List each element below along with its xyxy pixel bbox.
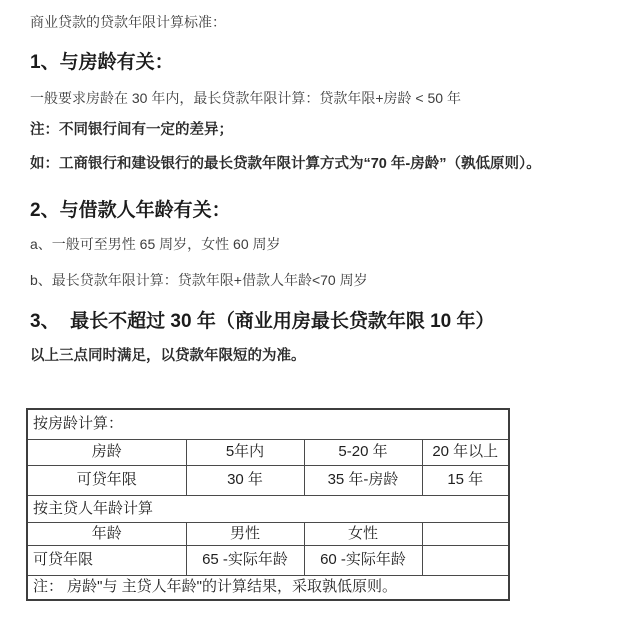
house-age-section-title: 按房龄计算： <box>27 409 509 440</box>
section1-rule: 一般要求房龄在 30 年内，最长贷款年限计算：贷款年限+房龄 < 50 年 <box>30 89 597 108</box>
house-age-value-range1: 30 年 <box>186 466 304 496</box>
section2-item-a: a、一般可至男性 65 周岁，女性 60 周岁 <box>30 235 597 254</box>
table-row-house-age-values: 可贷年限 30 年 35 年-房龄 15 年 <box>27 466 509 496</box>
house-age-value-label: 可贷年限 <box>27 466 186 496</box>
section2-heading: 2、与借款人年龄有关： <box>30 198 597 224</box>
table-row-house-age-title: 按房龄计算： <box>27 409 509 440</box>
conclusion-line: 以上三点同时满足，以贷款年限短的为准。 <box>30 347 597 366</box>
house-age-header-range3: 20 年以上 <box>422 440 509 466</box>
borrower-age-value-empty <box>422 546 509 576</box>
borrower-age-header-label: 年龄 <box>27 523 186 546</box>
house-age-header-range2: 5-20 年 <box>304 440 422 466</box>
section1-example: 如：工商银行和建设银行的最长贷款年限计算方式为“70 年-房龄”（孰低原则）。 <box>30 155 597 174</box>
document-page: 商业贷款的贷款年限计算标准： 1、与房龄有关： 一般要求房龄在 30 年内，最长… <box>0 0 617 624</box>
borrower-age-header-male: 男性 <box>186 523 304 546</box>
table-row-borrower-age-header: 年龄 男性 女性 <box>27 523 509 546</box>
section3-heading: 3、 最长不超过 30 年（商业用房最长贷款年限 10 年） <box>30 309 597 335</box>
table-row-house-age-header: 房龄 5年内 5-20 年 20 年以上 <box>27 440 509 466</box>
borrower-age-value-male: 65 -实际年龄 <box>186 546 304 576</box>
loan-term-table: 按房龄计算： 房龄 5年内 5-20 年 20 年以上 可贷年限 30 年 35… <box>26 408 510 601</box>
house-age-header-label: 房龄 <box>27 440 186 466</box>
house-age-value-range2: 35 年-房龄 <box>304 466 422 496</box>
table-row-note: 注： 房龄"与 主贷人年龄"的计算结果，采取孰低原则。 <box>27 576 509 601</box>
section1-note: 注：不同银行间有一定的差异； <box>30 121 597 140</box>
table-row-borrower-age-values: 可贷年限 65 -实际年龄 60 -实际年龄 <box>27 546 509 576</box>
borrower-age-value-female: 60 -实际年龄 <box>304 546 422 576</box>
borrower-age-value-label: 可贷年限 <box>27 546 186 576</box>
table-note: 注： 房龄"与 主贷人年龄"的计算结果，采取孰低原则。 <box>27 576 509 601</box>
house-age-header-range1: 5年内 <box>186 440 304 466</box>
borrower-age-header-empty <box>422 523 509 546</box>
section2-item-b: b、最长贷款年限计算：贷款年限+借款人年龄<70 周岁 <box>30 271 597 290</box>
borrower-age-section-title: 按主贷人年龄计算 <box>27 496 509 523</box>
house-age-value-range3: 15 年 <box>422 466 509 496</box>
table-row-borrower-age-title: 按主贷人年龄计算 <box>27 496 509 523</box>
intro-line: 商业贷款的贷款年限计算标准： <box>30 13 597 32</box>
borrower-age-header-female: 女性 <box>304 523 422 546</box>
section1-heading: 1、与房龄有关： <box>30 50 597 76</box>
